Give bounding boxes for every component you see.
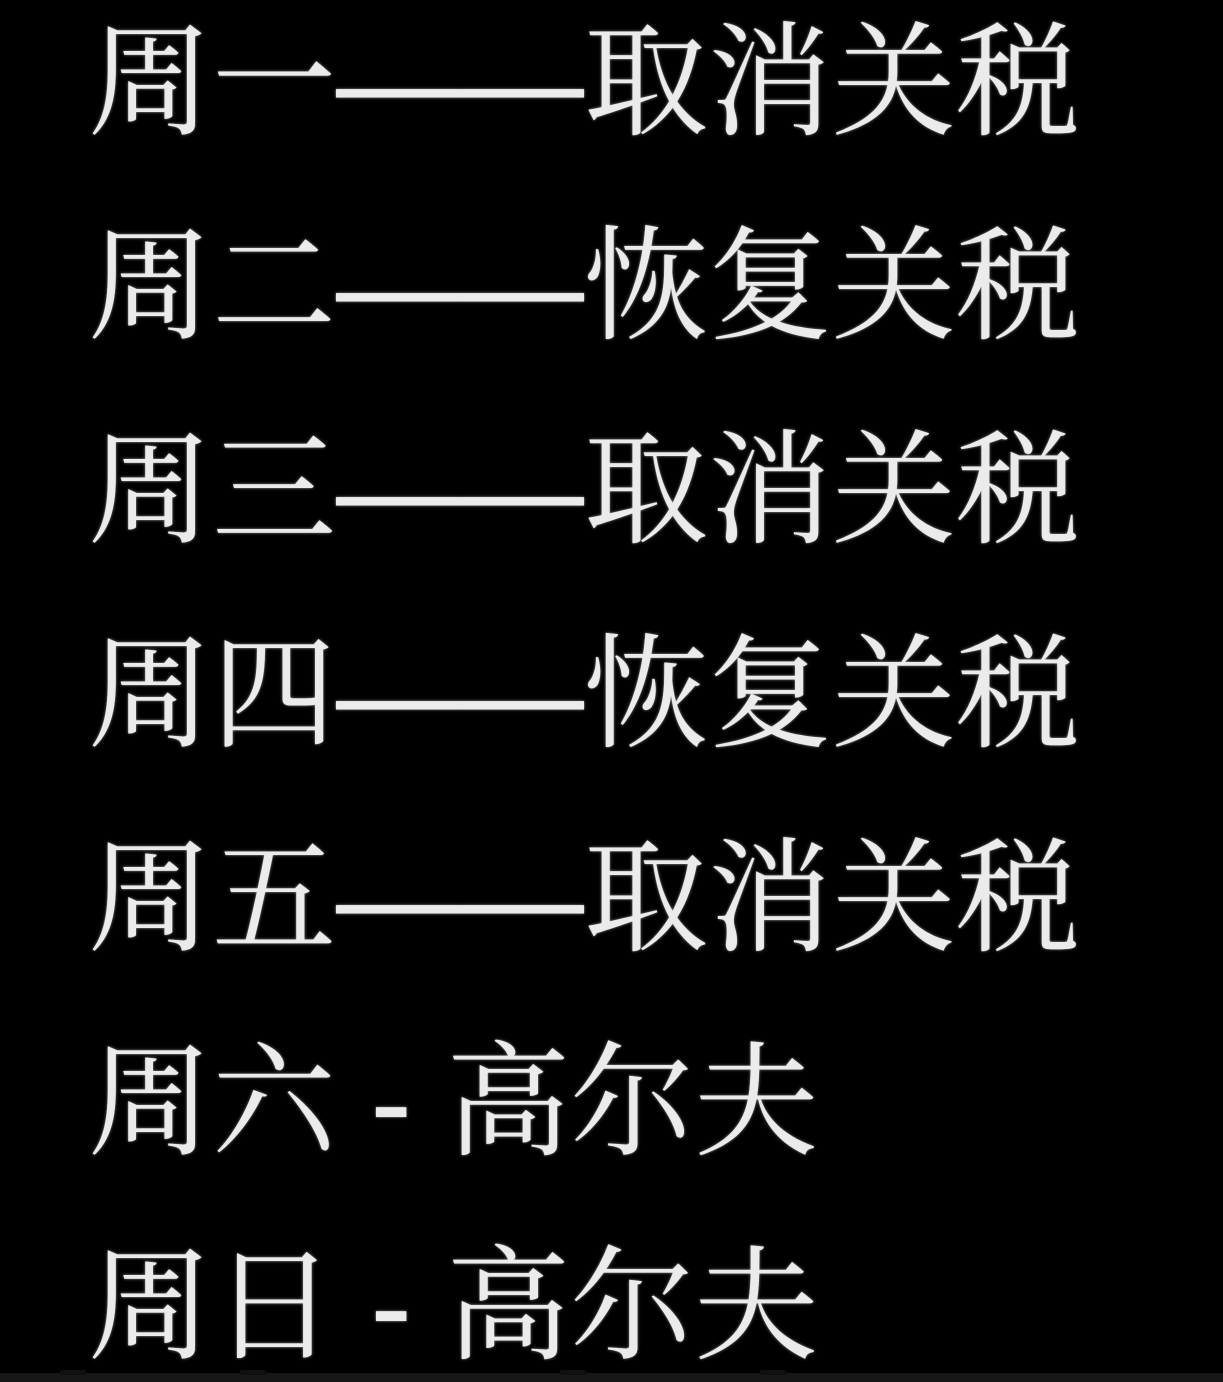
artifact-mark bbox=[240, 1370, 266, 1375]
artifact-mark bbox=[760, 1370, 786, 1375]
schedule-line-sunday: 周日 - 高尔夫 bbox=[88, 1242, 818, 1372]
schedule-line-thursday: 周四——恢复关税 bbox=[88, 630, 1080, 760]
artifact-mark bbox=[560, 1370, 586, 1375]
meme-canvas: 周一——取消关税 周二——恢复关税 周三——取消关税 周四——恢复关税 周五——… bbox=[0, 0, 1223, 1382]
schedule-line-friday: 周五——取消关税 bbox=[88, 834, 1080, 964]
schedule-line-wednesday: 周三——取消关税 bbox=[88, 426, 1080, 556]
schedule-line-saturday: 周六 - 高尔夫 bbox=[88, 1038, 818, 1168]
schedule-line-tuesday: 周二——恢复关税 bbox=[88, 222, 1080, 352]
bottom-artifact-strip bbox=[0, 1373, 1223, 1382]
schedule-line-monday: 周一——取消关税 bbox=[88, 18, 1080, 148]
artifact-mark bbox=[60, 1370, 86, 1375]
